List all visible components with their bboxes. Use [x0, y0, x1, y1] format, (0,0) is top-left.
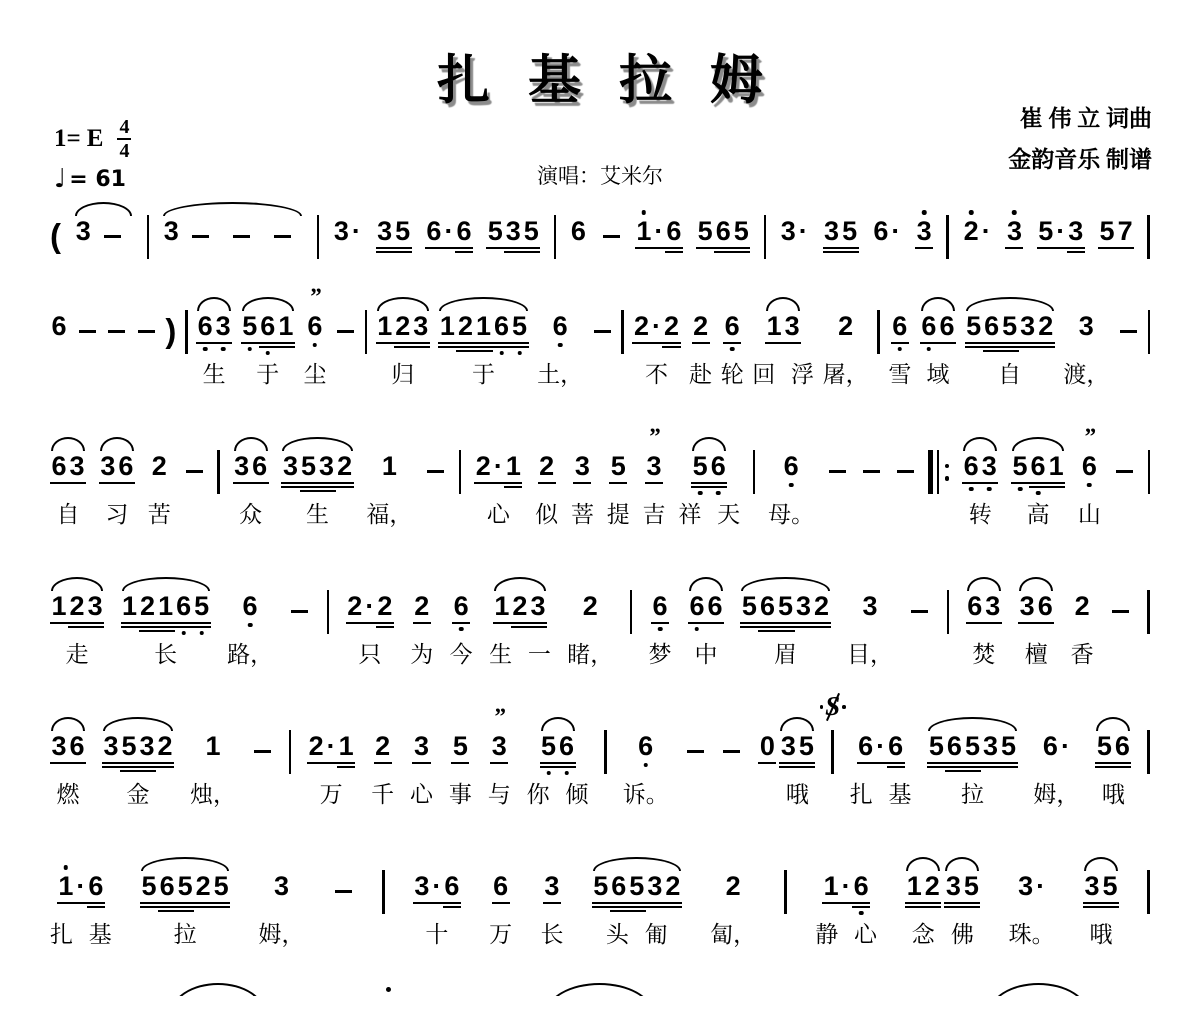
- note-digit: 1: [765, 313, 783, 352]
- note-digit: ·: [653, 218, 665, 257]
- duration-dash: [594, 330, 611, 334]
- notes-slot: 2: [837, 280, 855, 352]
- note-group: 2: [724, 873, 742, 912]
- score-cell: [1114, 420, 1135, 526]
- duration-dash: [911, 610, 928, 614]
- score-cell: 63焚: [966, 560, 1002, 666]
- score-cell: 36习: [99, 420, 135, 526]
- score-cell: 2·2只: [346, 560, 394, 666]
- score-cell: S: [831, 700, 834, 806]
- score-cell: [928, 420, 949, 526]
- note-group-slurred: 56532: [965, 313, 1055, 352]
- note-group-slurred: 56532: [592, 873, 682, 912]
- score-cell: 56532眉: [740, 560, 830, 666]
- octave-up-dot: [642, 210, 647, 215]
- score-cell: 2·: [962, 185, 992, 257]
- note-digit: 2: [724, 873, 742, 912]
- octave-down-dot: [221, 347, 226, 352]
- score-cell: 123走: [50, 560, 104, 666]
- note-digit: 6: [920, 313, 938, 352]
- note-digit: 3: [504, 218, 522, 257]
- note-digit: 3: [779, 218, 797, 257]
- beat-cluster: 035哦: [758, 700, 815, 806]
- score-cell: 565: [696, 185, 750, 257]
- score-cell: [601, 185, 622, 257]
- notes-slot: [425, 420, 446, 492]
- note-group: 6: [551, 313, 569, 352]
- barline: [365, 310, 368, 354]
- barline: [1148, 310, 1151, 354]
- note-group: 6: [782, 453, 800, 492]
- score-cell: [1147, 840, 1150, 946]
- note-digit: ·: [325, 733, 337, 772]
- notes-slot: S: [831, 700, 834, 772]
- note-digit: 3: [1067, 218, 1085, 257]
- lyric-syllable: 回 浮: [752, 356, 814, 386]
- score-cell: 36燃: [50, 700, 86, 806]
- score-cell: 2香: [1071, 560, 1094, 666]
- note-digit: 1: [121, 593, 139, 632]
- meter-denominator: 4: [119, 140, 129, 162]
- lyric-syllable: 中: [694, 636, 717, 666]
- key-row: 1= E 4 4: [54, 116, 131, 162]
- note-digit: 2: [813, 593, 831, 632]
- duration-dash: [104, 235, 121, 239]
- notes-slot: 3: [861, 560, 879, 632]
- notes-slot: 56: [1095, 700, 1131, 772]
- notes-slot: [1147, 185, 1150, 257]
- note-digit: 2: [581, 593, 599, 632]
- note-digit: 6: [175, 593, 193, 632]
- notes-slot: [317, 185, 320, 257]
- notes-slot: 3532: [102, 700, 174, 772]
- notes-slot: [621, 280, 624, 352]
- mordent-icon: ”: [649, 425, 659, 448]
- lyric-syllable: 于: [472, 356, 495, 386]
- score-line: 1·6扎 基56525拉3姆，3·6十6万3长56532头 匍2匐，1·6静 心…: [50, 840, 1150, 946]
- score-cell: 2·1心: [474, 420, 522, 526]
- note-group: 6: [569, 218, 587, 257]
- score-cell: [184, 420, 205, 526]
- note-digit: 5: [797, 733, 815, 772]
- notes-slot: [928, 420, 949, 492]
- lyric-syllable: 眉: [774, 636, 797, 666]
- note-group: 35: [376, 218, 412, 257]
- duration-dash: [335, 890, 352, 894]
- score-cell: 3·珠。: [1009, 840, 1055, 946]
- note-digit: 3: [981, 733, 999, 772]
- notes-slot: 35: [944, 840, 980, 912]
- note-digit: ·: [1055, 218, 1067, 257]
- lyric-syllable: 拉: [961, 776, 984, 806]
- lyric-syllable: 焚: [972, 636, 995, 666]
- score-cell: 561高: [1011, 420, 1065, 526]
- score-cell: 1·6扎 基: [50, 840, 112, 946]
- note-digit: 2: [307, 733, 325, 772]
- note-digit: 6: [117, 453, 135, 492]
- note-digit: 6”: [1080, 453, 1098, 492]
- notes-slot: [289, 560, 310, 632]
- note-group-slurred: 123: [50, 593, 104, 632]
- note-digit: 6: [709, 453, 727, 492]
- note-digit: 6: [714, 218, 732, 257]
- lyric-syllable: 归: [391, 356, 414, 386]
- cutoff-line-fragment: [50, 980, 1150, 996]
- note-digit: 3”: [645, 453, 663, 492]
- note-digit: 5: [140, 873, 158, 912]
- score-line: 6)63生561于6”尘123归12165于6土，2·2不2赴6轮13回 浮2屠…: [50, 280, 1150, 386]
- octave-down-dot: [203, 347, 208, 352]
- note-digit: 5: [740, 593, 758, 632]
- score-cell: 66中: [688, 560, 724, 666]
- notes-slot: 6”: [1080, 420, 1098, 492]
- score-cell: 56532自: [965, 280, 1055, 386]
- notes-slot: 3: [915, 185, 933, 257]
- octave-down-dot: [859, 911, 864, 916]
- score-cell: 2·1万: [307, 700, 355, 806]
- notes-slot: 2: [413, 560, 431, 632]
- note-group: 2·2: [346, 593, 394, 632]
- score-cell: [753, 420, 756, 526]
- duration-dash: [603, 235, 620, 239]
- notes-slot: 6: [891, 280, 909, 352]
- score-cell: 2苦: [148, 420, 171, 526]
- note-digit: 2: [194, 873, 212, 912]
- notes-slot: 2·2: [632, 280, 680, 352]
- note-group-slurred: 3: [74, 218, 133, 257]
- score-cell: [289, 700, 292, 806]
- notes-slot: [827, 420, 848, 492]
- duration-dash: [829, 470, 846, 474]
- lyric-syllable: 念: [912, 916, 935, 946]
- note-group: 2: [1073, 593, 1091, 632]
- lyric-syllable: 扎 基: [50, 916, 112, 946]
- note-digit: 7: [1116, 218, 1134, 257]
- notes-slot: [335, 280, 356, 352]
- note-digit: 3: [162, 218, 180, 257]
- notes-slot: 6: [723, 280, 741, 352]
- score-cell: 561于: [241, 280, 295, 386]
- note-digit: 3: [980, 453, 998, 492]
- notes-slot: 1·6: [822, 840, 870, 912]
- mordent-icon: ”: [495, 705, 505, 728]
- note-digit: 5: [522, 218, 540, 257]
- notes-slot: 6: [782, 420, 800, 492]
- score-cell: 6诉。: [623, 700, 669, 806]
- score-line: 63自36习2苦36众3532生1福，2·1心2似3菩5提3”吉56祥 天6母。…: [50, 420, 1150, 526]
- note-digit: 6: [857, 733, 875, 772]
- note-digit: 2: [837, 313, 855, 352]
- notes-slot: 56532: [592, 840, 682, 912]
- duration-dash: [687, 750, 704, 754]
- notes-slot: [784, 840, 787, 912]
- notes-slot: 3”: [490, 700, 508, 772]
- score-cell: 35哦: [779, 700, 815, 806]
- note-group: 0: [758, 733, 776, 772]
- note-digit: 6: [706, 593, 724, 632]
- notes-slot: 3532: [281, 420, 353, 492]
- note-digit: 5: [193, 593, 211, 632]
- note-digit: 3: [1083, 873, 1101, 912]
- note-digit: 5: [540, 733, 558, 772]
- note-digit: 5: [1011, 453, 1029, 492]
- lyric-syllable: 万: [489, 916, 512, 946]
- note-digit: 3”: [490, 733, 508, 772]
- score-cell: 1·6静 心: [815, 840, 877, 946]
- barline: S: [831, 730, 834, 774]
- notes-slot: 66: [920, 280, 956, 352]
- notes-slot: [604, 700, 607, 772]
- notes-slot: 56525: [140, 840, 230, 912]
- note-digit: 3: [86, 593, 104, 632]
- octave-down-dot: [643, 763, 648, 768]
- mordent-icon: ”: [1085, 425, 1095, 448]
- note-group: 5: [609, 453, 627, 492]
- note-digit: 0: [758, 733, 776, 772]
- note-group: 6: [492, 873, 510, 912]
- slur-arc-fragment: [988, 983, 1089, 996]
- octave-down-dot: [987, 487, 992, 492]
- note-group-slurred: 63: [966, 593, 1002, 632]
- lyric-syllable: 菩: [571, 496, 594, 526]
- lyric-syllable: 土，: [537, 356, 583, 386]
- note-digit: 6: [872, 218, 890, 257]
- notes-slot: 66: [688, 560, 724, 632]
- note-digit: 6: [425, 218, 443, 257]
- notes-slot: 36: [99, 420, 135, 492]
- note-digit: 3: [915, 218, 933, 257]
- score-cell: 56535拉: [927, 700, 1017, 806]
- note-digit: 1: [337, 733, 355, 772]
- note-digit: 6: [651, 593, 669, 632]
- score-cell: 2匐，: [710, 840, 756, 946]
- note-group-slurred: 56535: [927, 733, 1017, 772]
- score-cell: 35佛: [944, 840, 980, 946]
- score-cell: [185, 280, 188, 386]
- notes-slot: [630, 560, 633, 632]
- duration-dash: [79, 330, 96, 334]
- note-digit: 1: [905, 873, 923, 912]
- notes-slot: 56: [540, 700, 576, 772]
- score-cell: 6梦: [649, 560, 672, 666]
- octave-down-dot: [558, 343, 563, 348]
- note-digit: 2: [346, 593, 364, 632]
- note-digit: 6: [962, 453, 980, 492]
- score-cell: [147, 185, 150, 257]
- note-digit: ·: [492, 453, 504, 492]
- note-digit: 3: [1018, 593, 1036, 632]
- octave-down-dot: [730, 347, 735, 352]
- note-group: 3·6: [413, 873, 461, 912]
- lyric-syllable: 头 匍: [606, 916, 668, 946]
- note-group-slurred: 3: [162, 218, 303, 257]
- lyric-syllable: 雪: [888, 356, 911, 386]
- note-digit: 6: [637, 733, 655, 772]
- notes-slot: [185, 280, 188, 352]
- score-cell: [784, 840, 787, 946]
- barline: [630, 590, 633, 634]
- note-digit: 3: [272, 873, 290, 912]
- notes-slot: 36: [50, 700, 86, 772]
- barline: [753, 450, 756, 494]
- octave-down-dot: [546, 771, 551, 776]
- barline: [764, 215, 767, 259]
- octave-down-dot: [969, 487, 974, 492]
- note-digit: 5: [691, 453, 709, 492]
- score-cell: [333, 840, 354, 946]
- octave-down-dot: [927, 347, 932, 352]
- lyric-syllable: 长: [154, 636, 177, 666]
- note-digit: 1: [822, 873, 840, 912]
- duration-dash: [723, 750, 740, 754]
- score-cell: 6母。: [768, 420, 814, 526]
- lyric-syllable: 赴: [689, 356, 712, 386]
- lyric-syllable: 今: [450, 636, 473, 666]
- barline: [289, 730, 292, 774]
- score-cell: 3渡，: [1063, 280, 1109, 386]
- notes-slot: 2·1: [474, 420, 522, 492]
- note-digit: 2: [376, 593, 394, 632]
- notes-slot: 12165: [121, 560, 211, 632]
- score-cell: 6: [569, 185, 587, 257]
- note-group: 6”: [306, 313, 324, 352]
- note-digit: 2: [1073, 593, 1091, 632]
- lyric-syllable: 睹，: [567, 636, 613, 666]
- note-group-slurred: 66: [920, 313, 956, 352]
- score-cell: [621, 280, 624, 386]
- note-group: 3”: [645, 453, 663, 492]
- beat-cluster: 12念35佛: [905, 840, 980, 946]
- score-cell: 123归: [376, 280, 430, 386]
- notes-slot: [1147, 560, 1150, 632]
- lyric-syllable: 你 倾: [527, 776, 589, 806]
- notes-slot: 3·: [332, 185, 362, 257]
- barline: [1147, 590, 1150, 634]
- lyric-syllable: 生: [203, 356, 226, 386]
- notes-slot: (: [50, 185, 61, 257]
- performer-line: 演唱：艾米尔: [0, 160, 1200, 190]
- notes-slot: 2: [374, 700, 392, 772]
- octave-down-dot: [698, 491, 703, 496]
- score-cell: [77, 280, 98, 386]
- note-group: 3: [1005, 218, 1023, 257]
- note-digit: 1: [1047, 453, 1065, 492]
- notes-slot: [365, 280, 368, 352]
- score-cell: [327, 560, 330, 666]
- note-digit: 3: [318, 453, 336, 492]
- lyric-syllable: 扎 基: [850, 776, 912, 806]
- note-group: 3: [412, 733, 430, 772]
- score-cell: 3目，: [847, 560, 893, 666]
- note-digit: 5: [592, 873, 610, 912]
- note-digit: 2: [662, 313, 680, 352]
- lyric-syllable: 香: [1071, 636, 1094, 666]
- note-digit: 3: [529, 593, 547, 632]
- note-digit: 6: [983, 313, 1001, 352]
- note-digit: 6: [966, 593, 984, 632]
- notes-slot: 3: [272, 840, 290, 912]
- notes-slot: [946, 185, 949, 257]
- note-group: 6: [452, 593, 470, 632]
- note-digit: 6: [610, 873, 628, 912]
- note-digit: 2: [374, 733, 392, 772]
- note-group: 6: [723, 313, 741, 352]
- score-line: 123走12165长6路，2·2只2为6今123生 一2睹，6梦66中56532…: [50, 560, 1150, 666]
- notes-slot: 13: [765, 280, 801, 352]
- note-digit: ·: [890, 218, 902, 257]
- lyric-syllable: 心: [487, 496, 510, 526]
- score-cell: [317, 185, 320, 257]
- slur-arc-fragment: [545, 983, 654, 996]
- note-digit: 5: [451, 733, 469, 772]
- note-group-slurred: 3532: [102, 733, 174, 772]
- note-group-slurred: 36: [99, 453, 135, 492]
- note-group-slurred: 63: [962, 453, 998, 492]
- lyric-syllable: 生: [306, 496, 329, 526]
- score-cell: 3心: [410, 700, 433, 806]
- note-group: 6·: [872, 218, 902, 257]
- note-group: 2: [837, 313, 855, 352]
- notes-slot: 57: [1098, 185, 1134, 257]
- notes-slot: [147, 185, 150, 257]
- lyric-syllable: 哦: [786, 776, 809, 806]
- notes-slot: 6: [492, 840, 510, 912]
- notes-slot: [184, 420, 205, 492]
- note-group-slurred: 12165: [438, 313, 528, 352]
- score-cell: 5·3: [1037, 185, 1085, 257]
- note-digit: 3: [50, 733, 68, 772]
- score-cell: 2为: [410, 560, 433, 666]
- note-group-slurred: 56: [540, 733, 576, 772]
- note-digit: 5: [628, 873, 646, 912]
- score-cell: [425, 420, 446, 526]
- notes-slot: [764, 185, 767, 257]
- lyric-syllable: 檀: [1025, 636, 1048, 666]
- note-digit: 2: [68, 593, 86, 632]
- barline: [217, 450, 220, 494]
- duration-dash: [1120, 330, 1137, 334]
- barline: [459, 450, 462, 494]
- score-cell: 2赴: [689, 280, 712, 386]
- note-digit: 6: [887, 733, 905, 772]
- note-digit: 3: [543, 873, 561, 912]
- score-cell: [1118, 280, 1139, 386]
- notes-slot: 0: [758, 700, 776, 772]
- lyric-syllable: 尘: [303, 356, 326, 386]
- barline: [317, 215, 320, 259]
- notes-slot: 6·6: [857, 700, 905, 772]
- barline: [877, 310, 880, 354]
- note-group: 3·: [1017, 873, 1047, 912]
- score-cell: [335, 280, 356, 386]
- lyric-syllable: 自: [998, 356, 1021, 386]
- note-digit: 2: [962, 218, 980, 257]
- notes-slot: 1: [204, 700, 222, 772]
- score-cell: [861, 420, 882, 526]
- score-cell: [106, 280, 127, 386]
- notes-slot: [1118, 280, 1139, 352]
- notes-slot: 56535: [927, 700, 1017, 772]
- notes-slot: 561: [241, 280, 295, 352]
- octave-down-dot: [181, 631, 186, 636]
- barline: [784, 870, 787, 914]
- note-group: 3·: [779, 218, 809, 257]
- score-cell: 2似: [535, 420, 558, 526]
- score-cell: 6·: [872, 185, 902, 257]
- score-cell: 6·6扎 基: [850, 700, 912, 806]
- notes-slot: 35: [779, 700, 815, 772]
- score-cell: 3: [1005, 185, 1023, 257]
